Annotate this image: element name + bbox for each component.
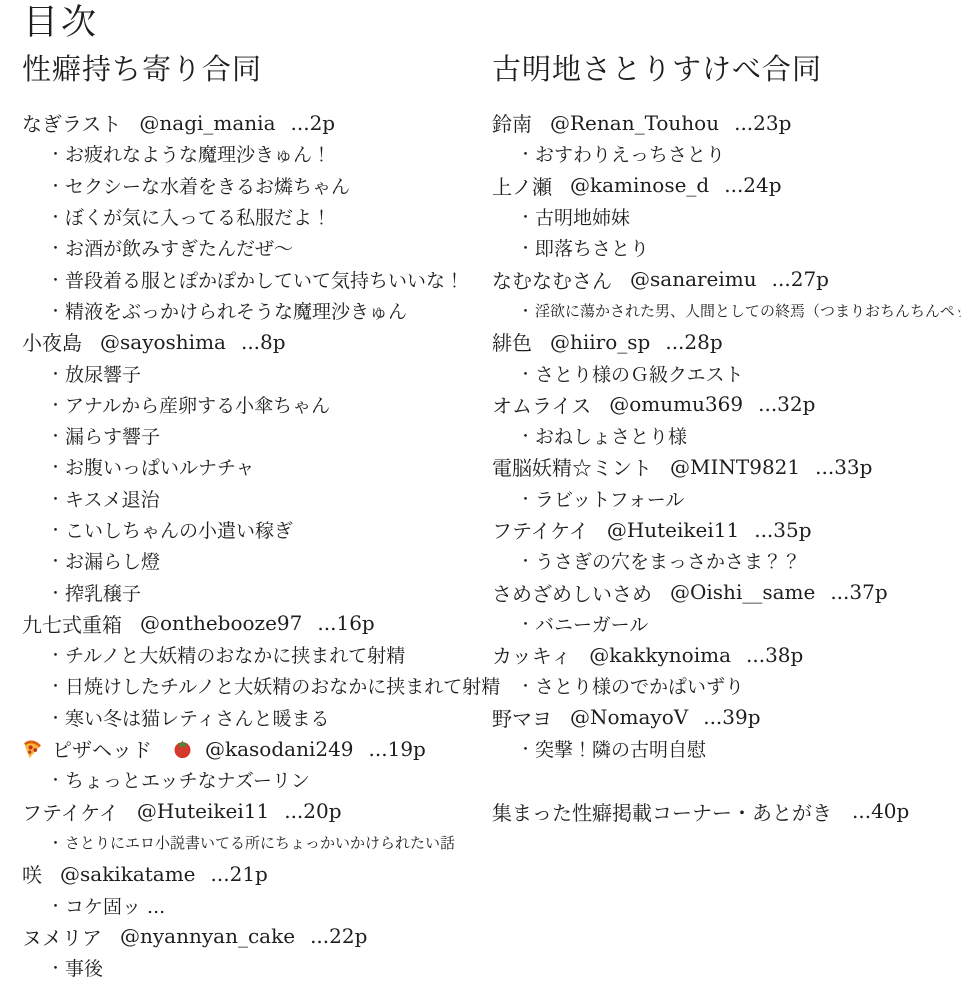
bullet-dot: ・: [518, 738, 533, 759]
afterword-page-number: ...40p: [852, 799, 909, 823]
entry-twitter-handle: @onthebooze97: [140, 611, 302, 635]
sub-item-title: さとりにエロ小説書いてる所にちょっかいかけられたい話: [65, 832, 455, 853]
bullet-dot: ・: [48, 707, 63, 728]
sub-item-title: 漏らす響子: [65, 422, 160, 449]
bullet-dot: ・: [48, 456, 63, 477]
entry-page-number: ...16p: [317, 611, 374, 635]
sub-item-title: こいしちゃんの小遣い稼ぎ: [65, 516, 293, 543]
entry-page-number: ...2p: [291, 111, 336, 135]
sub-item-title: セクシーな水着をきるお燐ちゃん: [65, 172, 350, 199]
spacer: [492, 764, 958, 795]
sub-item-title: お疲れなような魔理沙きゅん！: [65, 140, 331, 167]
toc-entry: なぎラスト@nagi_mania...2p: [22, 107, 484, 138]
sub-item-title: ちょっとエッチなナズーリン: [65, 766, 310, 793]
entry-page-number: ...28p: [665, 330, 722, 354]
bullet-dot: ・: [518, 206, 533, 227]
right-column-header: 古明地さとりすけべ合同: [492, 50, 958, 88]
toc-sub-item: ・キスメ退治: [22, 483, 484, 514]
toc-sub-item: ・漏らす響子: [22, 420, 484, 451]
entry-author-name: カッキィ: [492, 640, 571, 669]
toc-sub-item: ・精液をぶっかけられそうな魔理沙きゅん: [22, 295, 484, 326]
sub-item-title: 古明地姉妹: [535, 203, 630, 230]
toc-sub-item: ・チルノと大妖精のおなかに挟まれて射精: [22, 639, 484, 670]
entry-author-name: なぎラスト: [22, 108, 121, 137]
entry-page-number: ...39p: [703, 705, 760, 729]
toc-sub-item: ・お疲れなような魔理沙きゅん！: [22, 138, 484, 169]
entry-author-name: 緋色: [492, 327, 532, 356]
toc-entry: 九七式重箱@onthebooze97...16p: [22, 608, 484, 639]
toc-sub-item: ・お腹いっぱいルナチャ: [22, 451, 484, 482]
entry-page-number: ...20p: [284, 799, 341, 823]
toc-entry: フテイケイ@Huteikei11...35p: [492, 514, 958, 545]
entry-page-number: ...19p: [369, 737, 426, 761]
toc-sub-item: ・古明地姉妹: [492, 201, 958, 232]
toc-sub-item: ・淫欲に蕩かされた男、人間としての終焉（つまりおちんちんペット）: [492, 295, 958, 326]
toc-entry: ヌメリア@nyannyan_cake...22p: [22, 921, 484, 952]
bullet-dot: ・: [48, 206, 63, 227]
sub-item-title: アナルから産卵する小傘ちゃん: [65, 391, 330, 418]
sub-item-title: 精液をぶっかけられそうな魔理沙きゅん: [65, 297, 407, 324]
bullet-dot: ・: [518, 237, 533, 258]
sub-item-title: さとり様のでかぱいずり: [535, 672, 744, 699]
entry-page-number: ...38p: [746, 643, 803, 667]
sub-item-title: おねしょさとり様: [535, 422, 687, 449]
bullet-dot: ・: [48, 957, 63, 978]
toc-sub-item: ・突撃！隣の古明自慰: [492, 733, 958, 764]
entry-author-name: フテイケイ: [22, 797, 119, 826]
sub-item-title: お漏らし燈: [65, 547, 160, 574]
bullet-dot: ・: [48, 363, 63, 384]
entry-twitter-handle: @nyannyan_cake: [120, 924, 295, 948]
toc-entry: 小夜島@sayoshima...8p: [22, 326, 484, 357]
toc-entry: オムライス@omumu369...32p: [492, 389, 958, 420]
left-column: 性癖持ち寄り合同 なぎラスト@nagi_mania...2p・お疲れなような魔理…: [22, 50, 484, 983]
bullet-dot: ・: [518, 613, 533, 634]
afterword-entry: 集まった性癖掲載コーナー・あとがき...40p: [492, 796, 958, 827]
toc-entry: 咲@sakikatame...21p: [22, 858, 484, 889]
toc-sub-item: ・放尿響子: [22, 357, 484, 388]
toc-sub-item: ・お酒が飲みすぎたんだぜ～: [22, 232, 484, 263]
right-column-entries: 鈴南@Renan_Touhou...23p・おすわりえっちさとり上ノ瀬@kami…: [492, 107, 958, 827]
bullet-dot: ・: [518, 675, 533, 696]
entry-twitter-handle: @omumu369: [609, 392, 743, 416]
toc-sub-item: ・寒い冬は猫レティさんと暖まる: [22, 702, 484, 733]
sub-item-title: 即落ちさとり: [535, 234, 649, 261]
toc-entry: カッキィ@kakkynoima...38p: [492, 639, 958, 670]
tomato-icon: [172, 738, 193, 759]
toc-sub-item: ・即落ちさとり: [492, 232, 958, 263]
entry-author-name: さめざめしいさめ: [492, 578, 652, 607]
bullet-dot: ・: [518, 550, 533, 571]
entry-author-name: 上ノ瀬: [492, 171, 552, 200]
toc-sub-item: ・普段着る服とぽかぽかしていて気持ちいいな！: [22, 263, 484, 294]
toc-sub-item: ・おねしょさとり様: [492, 420, 958, 451]
entry-twitter-handle: @NomayoV: [570, 705, 688, 729]
entry-author-name: 咲: [22, 859, 42, 888]
sub-item-title: うさぎの穴をまっさかさま？？: [535, 547, 801, 574]
bullet-dot: ・: [48, 269, 63, 290]
toc-sub-item: ・日焼けしたチルノと大妖精のおなかに挟まれて射精: [22, 670, 484, 701]
toc-sub-item: ・アナルから産卵する小傘ちゃん: [22, 389, 484, 420]
entry-twitter-handle: @Oishi__same: [670, 580, 815, 604]
sub-item-title: 普段着る服とぽかぽかしていて気持ちいいな！: [65, 266, 464, 293]
sub-item-title: お酒が飲みすぎたんだぜ～: [65, 234, 293, 261]
toc-sub-item: ・コケ固ッ ...: [22, 889, 484, 920]
entry-twitter-handle: @MINT9821: [670, 455, 800, 479]
entry-author-name: ピザヘッド: [52, 734, 152, 763]
toc-sub-item: ・こいしちゃんの小遣い稼ぎ: [22, 514, 484, 545]
entry-page-number: ...35p: [754, 518, 811, 542]
bullet-dot: ・: [518, 363, 533, 384]
pizza-icon: [22, 738, 43, 759]
bullet-dot: ・: [48, 143, 63, 164]
bullet-dot: ・: [48, 895, 63, 916]
left-column-entries: なぎラスト@nagi_mania...2p・お疲れなような魔理沙きゅん！・セクシ…: [22, 107, 484, 983]
sub-item-title: 搾乳穣子: [65, 579, 141, 606]
sub-item-title: 放尿響子: [65, 360, 141, 387]
sub-item-title: コケ固ッ ...: [65, 892, 165, 919]
toc-sub-item: ・ぼくが気に入ってる私服だよ！: [22, 201, 484, 232]
bullet-dot: ・: [48, 832, 63, 853]
toc-sub-item: ・搾乳穣子: [22, 576, 484, 607]
bullet-dot: ・: [48, 300, 63, 321]
toc-entry: フテイケイ@Huteikei11...20p: [22, 796, 484, 827]
toc-sub-item: ・おすわりえっちさとり: [492, 138, 958, 169]
sub-item-title: さとり様のＧ級クエスト: [535, 360, 744, 387]
entry-twitter-handle: @Renan_Touhou: [550, 111, 719, 135]
entry-twitter-handle: @Huteikei11: [607, 518, 739, 542]
entry-twitter-handle: @sakikatame: [60, 862, 196, 886]
toc-sub-item: ・バニーガール: [492, 608, 958, 639]
toc-sub-item: ・さとり様のでかぱいずり: [492, 670, 958, 701]
afterword-label: 集まった性癖掲載コーナー・あとがき: [492, 797, 832, 826]
toc-sub-item: ・セクシーな水着をきるお燐ちゃん: [22, 170, 484, 201]
bullet-dot: ・: [518, 425, 533, 446]
bullet-dot: ・: [518, 488, 533, 509]
bullet-dot: ・: [518, 143, 533, 164]
entry-page-number: ...8p: [241, 330, 286, 354]
toc-sub-item: ・ちょっとエッチなナズーリン: [22, 764, 484, 795]
entry-author-name: 九七式重箱: [22, 609, 122, 638]
sub-item-title: 日焼けしたチルノと大妖精のおなかに挟まれて射精: [65, 672, 500, 699]
entry-twitter-handle: @hiiro_sp: [550, 330, 650, 354]
toc-entry: 鈴南@Renan_Touhou...23p: [492, 107, 958, 138]
entry-author-name: なむなむさん: [492, 265, 612, 294]
entry-author-name: 鈴南: [492, 108, 532, 137]
bullet-dot: ・: [48, 519, 63, 540]
bullet-dot: ・: [48, 425, 63, 446]
toc-page: 目次 性癖持ち寄り合同 なぎラスト@nagi_mania...2p・お疲れなよう…: [0, 0, 961, 1000]
right-column: 古明地さとりすけべ合同 鈴南@Renan_Touhou...23p・おすわりえっ…: [492, 50, 958, 827]
entry-twitter-handle: @kaminose_d: [570, 173, 709, 197]
toc-entry: 電脳妖精☆ミント@MINT9821...33p: [492, 451, 958, 482]
entry-twitter-handle: @sayoshima: [100, 330, 226, 354]
bullet-dot: ・: [48, 550, 63, 571]
entry-author-name: ヌメリア: [22, 922, 102, 951]
entry-page-number: ...32p: [758, 392, 815, 416]
entry-author-name: 電脳妖精☆ミント: [492, 452, 652, 481]
entry-page-number: ...33p: [815, 455, 872, 479]
entry-page-number: ...27p: [772, 267, 829, 291]
toc-sub-item: ・うさぎの穴をまっさかさま？？: [492, 545, 958, 576]
toc-sub-item: ・さとりにエロ小説書いてる所にちょっかいかけられたい話: [22, 827, 484, 858]
entry-author-name: オムライス: [492, 390, 591, 419]
toc-entry: 緋色@hiiro_sp...28p: [492, 326, 958, 357]
entry-page-number: ...24p: [724, 173, 781, 197]
sub-item-title: キスメ退治: [65, 485, 160, 512]
entry-page-number: ...37p: [830, 580, 887, 604]
bullet-dot: ・: [48, 644, 63, 665]
entry-twitter-handle: @nagi_mania: [139, 111, 275, 135]
sub-item-title: ぼくが気に入ってる私服だよ！: [65, 203, 331, 230]
bullet-dot: ・: [48, 769, 63, 790]
entry-author-name: 野マヨ: [492, 703, 552, 732]
sub-item-title: 突撃！隣の古明自慰: [535, 735, 706, 762]
sub-item-title: ラビットフォール: [535, 485, 684, 512]
toc-entry: さめざめしいさめ@Oishi__same...37p: [492, 576, 958, 607]
sub-item-title: おすわりえっちさとり: [535, 140, 725, 167]
toc-sub-item: ・さとり様のＧ級クエスト: [492, 357, 958, 388]
toc-sub-item: ・ラビットフォール: [492, 483, 958, 514]
bullet-dot: ・: [48, 488, 63, 509]
toc-entry: 野マヨ@NomayoV...39p: [492, 702, 958, 733]
bullet-dot: ・: [48, 394, 63, 415]
entry-page-number: ...21p: [211, 862, 268, 886]
left-column-header: 性癖持ち寄り合同: [22, 50, 484, 88]
sub-item-title: 事後: [65, 954, 103, 981]
sub-item-title: チルノと大妖精のおなかに挟まれて射精: [65, 641, 405, 668]
entry-twitter-handle: @sanareimu: [630, 267, 757, 291]
toc-entry: ピザヘッド@kasodani249...19p: [22, 733, 484, 764]
bullet-dot: ・: [48, 237, 63, 258]
sub-item-title: 淫欲に蕩かされた男、人間としての終焉（つまりおちんちんペット）: [535, 300, 961, 321]
entry-page-number: ...23p: [734, 111, 791, 135]
entry-page-number: ...22p: [310, 924, 367, 948]
toc-sub-item: ・事後: [22, 952, 484, 983]
page-title: 目次: [23, 2, 99, 44]
entry-twitter-handle: @Huteikei11: [137, 799, 269, 823]
bullet-dot: ・: [48, 175, 63, 196]
entry-twitter-handle: @kasodani249: [205, 737, 354, 761]
toc-entry: なむなむさん@sanareimu...27p: [492, 263, 958, 294]
entry-author-name: 小夜島: [22, 327, 82, 356]
entry-twitter-handle: @kakkynoima: [589, 643, 731, 667]
bullet-dot: ・: [518, 300, 533, 321]
sub-item-title: お腹いっぱいルナチャ: [65, 453, 254, 480]
toc-entry: 上ノ瀬@kaminose_d...24p: [492, 170, 958, 201]
sub-item-title: バニーガール: [535, 610, 648, 637]
sub-item-title: 寒い冬は猫レティさんと暖まる: [65, 704, 329, 731]
bullet-dot: ・: [48, 582, 63, 603]
bullet-dot: ・: [48, 675, 63, 696]
toc-sub-item: ・お漏らし燈: [22, 545, 484, 576]
entry-author-name: フテイケイ: [492, 515, 589, 544]
